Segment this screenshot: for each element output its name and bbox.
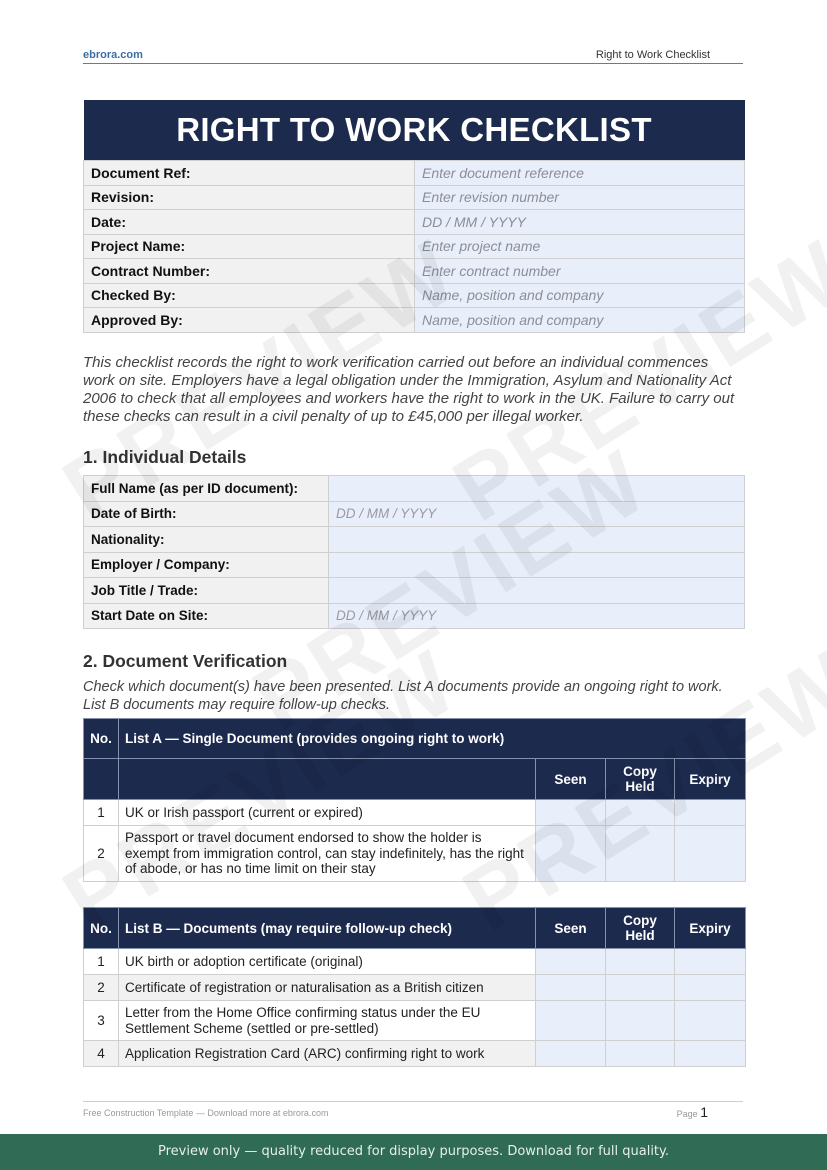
footer-text: Free Construction Template — Download mo… — [83, 1108, 328, 1118]
row-number: 1 — [84, 949, 119, 975]
copy-held-checkbox[interactable] — [606, 975, 675, 1001]
column-header-no: No. — [84, 719, 119, 759]
field-label: Approved By: — [84, 308, 415, 333]
intro-paragraph: This checklist records the right to work… — [83, 354, 743, 426]
seen-checkbox[interactable] — [536, 975, 606, 1001]
copy-held-checkbox[interactable] — [606, 800, 675, 826]
table-row: 1 UK or Irish passport (current or expir… — [84, 800, 746, 826]
list-b-table: No. List B — Documents (may require foll… — [83, 907, 746, 1067]
page-header: ebrora.com Right to Work Checklist — [83, 48, 743, 64]
date-field[interactable]: DD / MM / YYYY — [415, 210, 745, 235]
expiry-field[interactable] — [675, 826, 746, 882]
field-label: Employer / Company: — [84, 552, 329, 578]
header-blank — [84, 759, 119, 800]
copy-held-checkbox[interactable] — [606, 949, 675, 975]
employer-field[interactable] — [329, 552, 745, 578]
field-label: Project Name: — [84, 234, 415, 259]
section-2-heading: 2. Document Verification — [83, 651, 287, 672]
row-number: 1 — [84, 800, 119, 826]
individual-details-table: Full Name (as per ID document): Date of … — [83, 475, 745, 629]
document-name: Letter from the Home Office confirming s… — [119, 1001, 536, 1041]
document-ref-field[interactable]: Enter document reference — [415, 161, 745, 186]
job-title-field[interactable] — [329, 578, 745, 604]
page-number: 1 — [700, 1104, 708, 1120]
project-name-field[interactable]: Enter project name — [415, 234, 745, 259]
expiry-field[interactable] — [675, 800, 746, 826]
column-header-expiry: Expiry — [675, 759, 746, 800]
full-name-field[interactable] — [329, 476, 745, 502]
copy-held-checkbox[interactable] — [606, 826, 675, 882]
expiry-field[interactable] — [675, 1041, 746, 1067]
seen-checkbox[interactable] — [536, 800, 606, 826]
section-1-heading: 1. Individual Details — [83, 447, 246, 468]
list-a-table: No. List A — Single Document (provides o… — [83, 718, 746, 882]
document-name: Application Registration Card (ARC) conf… — [119, 1041, 536, 1067]
field-label: Nationality: — [84, 527, 329, 553]
column-header-seen: Seen — [536, 908, 606, 949]
row-number: 2 — [84, 975, 119, 1001]
seen-checkbox[interactable] — [536, 1041, 606, 1067]
table-row: 2 Certificate of registration or natural… — [84, 975, 746, 1001]
document-name: Certificate of registration or naturalis… — [119, 975, 536, 1001]
column-header-no: No. — [84, 908, 119, 949]
revision-field[interactable]: Enter revision number — [415, 185, 745, 210]
section-2-description: Check which document(s) have been presen… — [83, 679, 743, 714]
checked-by-field[interactable]: Name, position and company — [415, 283, 745, 308]
field-label: Revision: — [84, 185, 415, 210]
list-a-title: List A — Single Document (provides ongoi… — [119, 719, 746, 759]
row-number: 2 — [84, 826, 119, 882]
nationality-field[interactable] — [329, 527, 745, 553]
page-title: RIGHT TO WORK CHECKLIST — [84, 100, 745, 161]
table-row: 3 Letter from the Home Office confirming… — [84, 1001, 746, 1041]
preview-banner: Preview only — quality reduced for displ… — [0, 1134, 827, 1170]
header-doc-title: Right to Work Checklist — [596, 49, 710, 61]
page-footer: Free Construction Template — Download mo… — [83, 1101, 743, 1122]
field-label: Date: — [84, 210, 415, 235]
seen-checkbox[interactable] — [536, 1001, 606, 1041]
expiry-field[interactable] — [675, 949, 746, 975]
table-row: 1 UK birth or adoption certificate (orig… — [84, 949, 746, 975]
field-label: Checked By: — [84, 283, 415, 308]
row-number: 4 — [84, 1041, 119, 1067]
brand-link[interactable]: ebrora.com — [83, 49, 143, 61]
document-name: Passport or travel document endorsed to … — [119, 826, 536, 882]
column-header-expiry: Expiry — [675, 908, 746, 949]
start-date-field[interactable]: DD / MM / YYYY — [329, 603, 745, 629]
date-of-birth-field[interactable]: DD / MM / YYYY — [329, 501, 745, 527]
column-header-seen: Seen — [536, 759, 606, 800]
approved-by-field[interactable]: Name, position and company — [415, 308, 745, 333]
page-indicator: Page 1 — [677, 1104, 708, 1120]
seen-checkbox[interactable] — [536, 949, 606, 975]
table-row: 2 Passport or travel document endorsed t… — [84, 826, 746, 882]
field-label: Job Title / Trade: — [84, 578, 329, 604]
row-number: 3 — [84, 1001, 119, 1041]
column-header-copy-held: Copy Held — [606, 908, 675, 949]
document-info-table: RIGHT TO WORK CHECKLIST Document Ref:Ent… — [83, 100, 745, 333]
document-name: UK birth or adoption certificate (origin… — [119, 949, 536, 975]
list-b-title: List B — Documents (may require follow-u… — [119, 908, 536, 949]
contract-number-field[interactable]: Enter contract number — [415, 259, 745, 284]
copy-held-checkbox[interactable] — [606, 1041, 675, 1067]
field-label: Contract Number: — [84, 259, 415, 284]
page-label: Page — [677, 1109, 698, 1119]
header-blank — [119, 759, 536, 800]
seen-checkbox[interactable] — [536, 826, 606, 882]
document-name: UK or Irish passport (current or expired… — [119, 800, 536, 826]
field-label: Start Date on Site: — [84, 603, 329, 629]
field-label: Full Name (as per ID document): — [84, 476, 329, 502]
column-header-copy-held: Copy Held — [606, 759, 675, 800]
field-label: Date of Birth: — [84, 501, 329, 527]
expiry-field[interactable] — [675, 975, 746, 1001]
field-label: Document Ref: — [84, 161, 415, 186]
expiry-field[interactable] — [675, 1001, 746, 1041]
table-row: 4 Application Registration Card (ARC) co… — [84, 1041, 746, 1067]
copy-held-checkbox[interactable] — [606, 1001, 675, 1041]
